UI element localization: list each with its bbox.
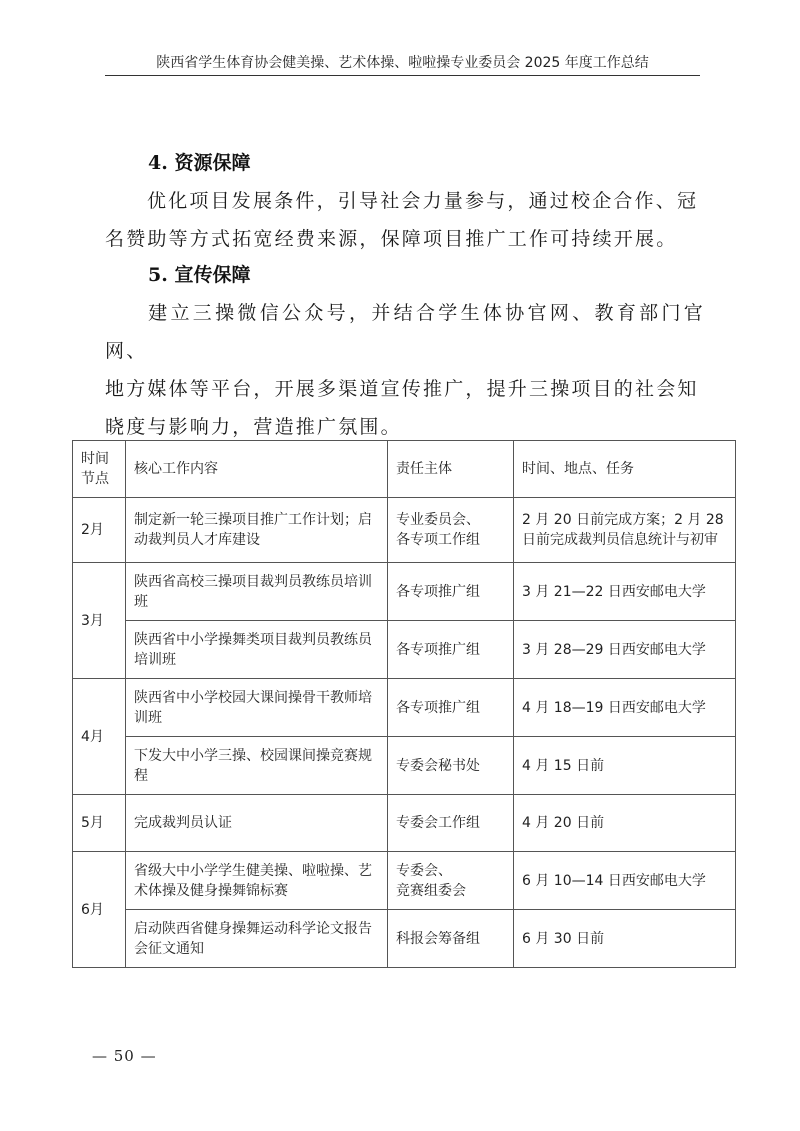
- table-row: 2月 制定新一轮三操项目推广工作计划；启动裁判员人才库建设 专业委员会、 各专项…: [73, 498, 736, 563]
- cell-owner: 各专项推广组: [388, 621, 514, 679]
- section-paragraph-resources: 优化项目发展条件，引导社会力量参与，通过校企合作、冠 名赞助等方式拓宽经费来源，…: [105, 182, 705, 258]
- cell-schedule: 2 月 20 日前完成方案；2 月 28 日前完成裁判员信息统计与初审: [514, 498, 736, 563]
- cell-owner: 专委会秘书处: [388, 737, 514, 795]
- cell-owner: 各专项推广组: [388, 563, 514, 621]
- cell-content: 陕西省中小学操舞类项目裁判员教练员培训班: [126, 621, 388, 679]
- paragraph-line: 名赞助等方式拓宽经费来源，保障项目推广工作可持续开展。: [105, 220, 705, 258]
- cell-owner: 科报会筹备组: [388, 910, 514, 968]
- cell-content: 省级大中小学学生健美操、啦啦操、艺术体操及健身操舞锦标赛: [126, 852, 388, 910]
- table-row: 4月 陕西省中小学校园大课间操骨干教师培训班 各专项推广组 4 月 18—19 …: [73, 679, 736, 737]
- owner-text: 专业委员会、: [396, 510, 505, 530]
- cell-schedule: 3 月 28—29 日西安邮电大学: [514, 621, 736, 679]
- cell-node: 2月: [73, 498, 126, 563]
- section-heading-publicity: 5. 宣传保障: [148, 262, 250, 288]
- table-header-row: 时间 节点 核心工作内容 责任主体 时间、地点、任务: [73, 441, 736, 498]
- section-heading-resources: 4. 资源保障: [148, 150, 250, 176]
- column-header-schedule: 时间、地点、任务: [514, 441, 736, 498]
- running-header: 陕西省学生体育协会健美操、艺术体操、啦啦操专业委员会 2025 年度工作总结: [105, 54, 700, 72]
- header-rule: [105, 75, 700, 76]
- cell-schedule: 3 月 21—22 日西安邮电大学: [514, 563, 736, 621]
- owner-text: 专委会、: [396, 861, 505, 881]
- cell-schedule: 4 月 15 日前: [514, 737, 736, 795]
- cell-content: 陕西省中小学校园大课间操骨干教师培训班: [126, 679, 388, 737]
- cell-node: 3月: [73, 563, 126, 679]
- cell-owner: 专委会、 竞赛组委会: [388, 852, 514, 910]
- cell-owner: 各专项推广组: [388, 679, 514, 737]
- table-row: 3月 陕西省高校三操项目裁判员教练员培训班 各专项推广组 3 月 21—22 日…: [73, 563, 736, 621]
- cell-schedule: 6 月 10—14 日西安邮电大学: [514, 852, 736, 910]
- cell-content: 制定新一轮三操项目推广工作计划；启动裁判员人才库建设: [126, 498, 388, 563]
- cell-content: 启动陕西省健身操舞运动科学论文报告会征文通知: [126, 910, 388, 968]
- section-paragraph-publicity: 建立三操微信公众号，并结合学生体协官网、教育部门官网、 地方媒体等平台，开展多渠…: [105, 294, 705, 446]
- header-text: 时间: [81, 449, 117, 469]
- cell-node: 6月: [73, 852, 126, 968]
- paragraph-text: 建立三操微信公众号，并结合学生体协官网、教育部门官网、: [105, 302, 705, 362]
- paragraph-line: 建立三操微信公众号，并结合学生体协官网、教育部门官网、: [105, 294, 705, 370]
- work-plan-table: 时间 节点 核心工作内容 责任主体 时间、地点、任务 2月 制定新一轮三操项目推…: [72, 440, 736, 968]
- column-header-content: 核心工作内容: [126, 441, 388, 498]
- cell-owner: 专业委员会、 各专项工作组: [388, 498, 514, 563]
- table-row: 6月 省级大中小学学生健美操、啦啦操、艺术体操及健身操舞锦标赛 专委会、 竞赛组…: [73, 852, 736, 910]
- cell-content: 陕西省高校三操项目裁判员教练员培训班: [126, 563, 388, 621]
- table-row: 启动陕西省健身操舞运动科学论文报告会征文通知 科报会筹备组 6 月 30 日前: [73, 910, 736, 968]
- cell-content: 下发大中小学三操、校园课间操竞赛规程: [126, 737, 388, 795]
- table-row: 陕西省中小学操舞类项目裁判员教练员培训班 各专项推广组 3 月 28—29 日西…: [73, 621, 736, 679]
- column-header-node: 时间 节点: [73, 441, 126, 498]
- cell-schedule: 4 月 18—19 日西安邮电大学: [514, 679, 736, 737]
- cell-schedule: 6 月 30 日前: [514, 910, 736, 968]
- paragraph-line: 地方媒体等平台，开展多渠道宣传推广，提升三操项目的社会知: [105, 370, 705, 408]
- cell-node: 5月: [73, 795, 126, 852]
- cell-node: 4月: [73, 679, 126, 795]
- page-number: — 50 —: [92, 1047, 157, 1065]
- cell-schedule: 4 月 20 日前: [514, 795, 736, 852]
- owner-text: 竞赛组委会: [396, 881, 505, 901]
- table-row: 5月 完成裁判员认证 专委会工作组 4 月 20 日前: [73, 795, 736, 852]
- column-header-owner: 责任主体: [388, 441, 514, 498]
- paragraph-line: 优化项目发展条件，引导社会力量参与，通过校企合作、冠: [105, 182, 705, 220]
- header-text: 节点: [81, 469, 117, 489]
- table-row: 下发大中小学三操、校园课间操竞赛规程 专委会秘书处 4 月 15 日前: [73, 737, 736, 795]
- cell-content: 完成裁判员认证: [126, 795, 388, 852]
- paragraph-text: 优化项目发展条件，引导社会力量参与，通过校企合作、冠: [147, 190, 698, 212]
- cell-owner: 专委会工作组: [388, 795, 514, 852]
- owner-text: 各专项工作组: [396, 530, 505, 550]
